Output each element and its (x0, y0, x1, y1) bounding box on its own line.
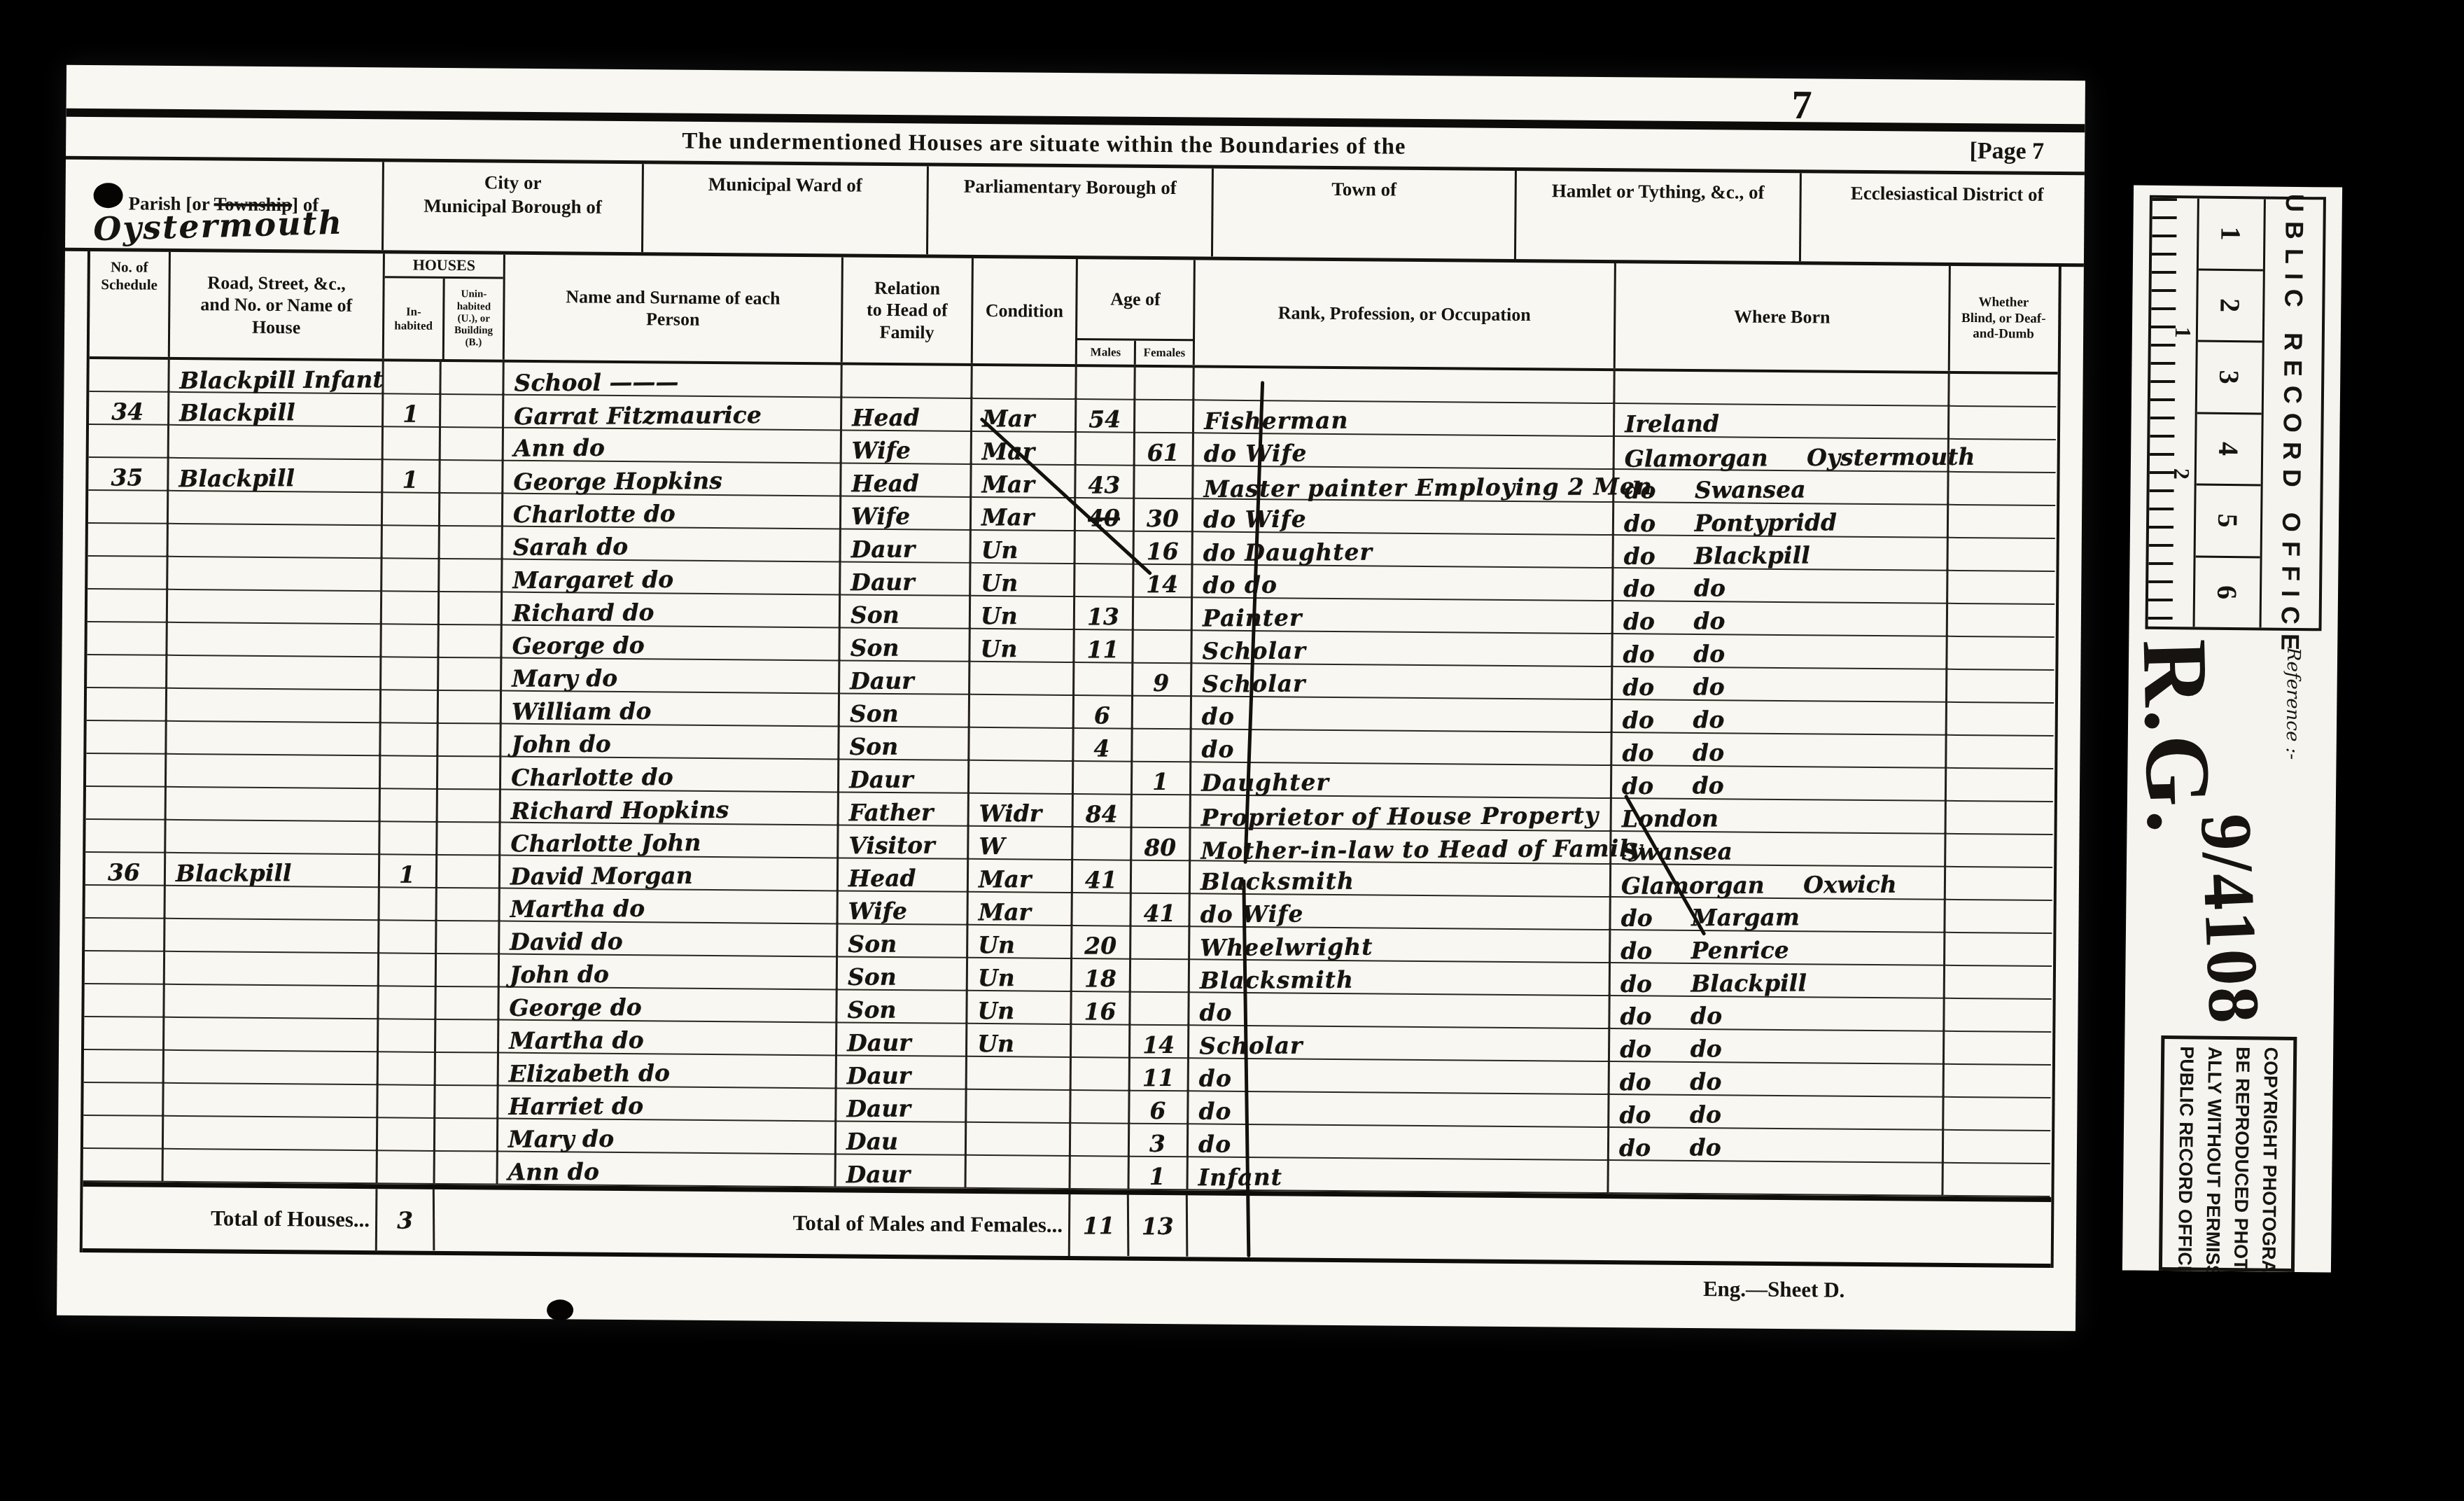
cell-relation (842, 363, 972, 398)
handwritten-value: 1 (402, 468, 418, 491)
cell-name: David Morgan (500, 854, 839, 892)
location-header: Parish [or Township] of Oystermouth City… (65, 160, 2085, 267)
cell-condition (967, 1121, 1071, 1157)
cell-uninhabited (436, 1051, 499, 1087)
cell-schedule (88, 489, 169, 524)
handwritten-value: 30 (1146, 507, 1178, 530)
cell-name: Harriet do (498, 1084, 836, 1122)
cell-road (169, 522, 383, 559)
cell-name: John do (501, 722, 839, 760)
cell-born: do Pontypridd (1614, 501, 1949, 538)
cell-inhabited (380, 820, 437, 856)
cell-occupation: Scholar (1192, 662, 1613, 700)
handwritten-value: 13 (1086, 605, 1119, 628)
census-sheet: 7 The undermentioned Houses are situate … (57, 65, 2085, 1332)
handwritten-value: Martha do (509, 1028, 644, 1052)
handwritten-value: John do (510, 963, 609, 986)
cell-relation: Son (838, 955, 968, 991)
handwritten-value: Daur (847, 1031, 911, 1055)
cell-uninhabited (438, 755, 501, 790)
handwritten-value: 84 (1085, 802, 1117, 825)
cell-name: William do (502, 690, 840, 727)
cell-age_f (1133, 629, 1192, 664)
cell-uninhabited (436, 1018, 499, 1054)
handwritten-value: David do (510, 930, 623, 954)
handwritten-value: Ireland (1625, 412, 1719, 435)
handwritten-value: Son (850, 603, 899, 627)
cell-infirm (1947, 701, 2054, 736)
cell-name: Ann do (498, 1150, 836, 1188)
cell-road (164, 1115, 378, 1151)
cell-infirm (1944, 1129, 2050, 1164)
cell-condition: Widr (969, 792, 1074, 828)
cell-name: David do (500, 920, 838, 958)
handwritten-value: 41 (1143, 902, 1175, 925)
cell-schedule (83, 1147, 164, 1182)
cell-condition (969, 759, 1074, 795)
col-header-uninhabited: Unin- habited (U.), or Building (B.) (444, 279, 503, 360)
cell-infirm (1948, 569, 2054, 605)
cell-name: Ann do (504, 426, 842, 464)
cell-infirm (1945, 997, 2051, 1033)
handwritten-value: 14 (1142, 1033, 1175, 1056)
handwritten-value: do do (1619, 1103, 1721, 1126)
cell-age_f: 1 (1133, 760, 1191, 796)
col-header-relation: Relation to Head of Family (843, 257, 974, 363)
cell-uninhabited (440, 491, 503, 527)
handwritten-value: Daur (847, 1064, 911, 1088)
cell-infirm (1949, 405, 2056, 440)
cell-road: Blackpill (166, 851, 380, 888)
cell-inhabited: 1 (384, 392, 441, 428)
cell-relation: Dau (836, 1119, 967, 1155)
handwritten-value: 6 (1149, 1099, 1165, 1122)
cell-road: Blackpill Infant (169, 358, 384, 394)
cell-infirm (1945, 1063, 2051, 1098)
handwritten-value: do do (1622, 774, 1724, 797)
cell-uninhabited (440, 590, 503, 626)
handwritten-value: 36 (108, 860, 140, 884)
handwritten-value: School ——— (514, 370, 678, 394)
handwritten-value: Ann do (514, 436, 605, 460)
handwritten-value: John do (511, 732, 610, 756)
cell-born: do Blackpill (1611, 961, 1945, 999)
page-number-label: [Page 7 (1969, 138, 2044, 165)
cell-inhabited: 1 (380, 853, 437, 888)
cell-schedule: 35 (88, 456, 169, 491)
cell-relation: Son (837, 988, 967, 1024)
handwritten-value: do do (1623, 609, 1725, 633)
handwritten-value: Blackpill (179, 400, 295, 424)
handwritten-value: Son (848, 965, 897, 989)
cell-inhabited (382, 589, 440, 625)
cell-uninhabited (441, 393, 504, 428)
cell-relation: Daur (837, 1021, 967, 1056)
cell-relation: Son (839, 725, 969, 760)
location-field: Municipal Ward of (643, 164, 929, 254)
handwritten-value: Swansea (1621, 839, 1732, 863)
handwritten-value: Wife (852, 439, 911, 463)
cell-age_m: 6 (1074, 694, 1133, 729)
cell-age_f: 1 (1129, 1155, 1188, 1191)
total-males-value: 11 (1070, 1194, 1130, 1257)
cell-inhabited (379, 1050, 436, 1086)
handwritten-value: Un (978, 966, 1015, 989)
pro-stamp-card: PUBLIC RECORD OFFICE 123456 12 Reference… (2122, 185, 2342, 1272)
col-header-name: Name and Surname of each Person (505, 255, 843, 363)
handwritten-value: 1 (1152, 770, 1168, 793)
col-header-road: Road, Street, &c., and No. or Name of Ho… (170, 252, 385, 358)
cell-uninhabited (437, 853, 500, 889)
cell-uninhabited (437, 821, 500, 856)
handwritten-value: do Blackpill (1624, 543, 1810, 568)
handwritten-value: George do (512, 634, 644, 657)
cell-occupation: Blacksmith (1190, 958, 1611, 996)
handwritten-value: Glamorgan Oystermouth (1625, 445, 1975, 470)
handwritten-value: Charlotte do (513, 502, 675, 526)
handwritten-value: Father (849, 801, 934, 825)
pro-card-rotated-content: PUBLIC RECORD OFFICE 123456 12 Reference… (2122, 185, 2342, 1272)
cell-road (167, 720, 381, 756)
cell-age_f: 30 (1135, 497, 1193, 533)
cell-born: do do (1613, 566, 1948, 604)
cell-infirm (1947, 668, 2054, 704)
cell-road (169, 424, 384, 460)
ink-blot (93, 183, 122, 208)
cell-name: George do (499, 986, 837, 1024)
cell-condition: Mar (972, 496, 1076, 531)
cell-schedule (87, 587, 168, 623)
handwritten-value: Garrat Fitzmaurice (514, 403, 762, 428)
handwritten-value: 18 (1084, 967, 1116, 990)
handwritten-value: 1 (1149, 1165, 1165, 1188)
cell-road (164, 1082, 378, 1118)
handwritten-value: 35 (111, 466, 143, 489)
cell-occupation: Fisherman (1194, 398, 1615, 437)
cell-inhabited (381, 688, 439, 724)
cell-occupation: Infant (1188, 1155, 1609, 1194)
ruler-number: 6 (2195, 557, 2260, 627)
cell-infirm (1946, 832, 2052, 868)
cell-occupation: do Wife (1194, 431, 1615, 470)
handwritten-value: George do (509, 996, 641, 1019)
cell-schedule (85, 818, 166, 853)
cell-born: do do (1610, 1060, 1945, 1098)
cell-age_m (1074, 661, 1133, 697)
cell-uninhabited (440, 459, 503, 494)
handwritten-value: 3 (1149, 1132, 1165, 1155)
cell-age_f: 14 (1130, 1024, 1189, 1059)
cell-schedule (86, 752, 167, 788)
handwritten-value: Mother-in-law to Head of Family (1200, 837, 1643, 863)
cell-age_f (1133, 793, 1191, 829)
cell-condition: Un (970, 627, 1074, 663)
cell-relation: Daur (840, 659, 970, 694)
cell-inhabited (381, 655, 439, 691)
cell-condition: Un (967, 1022, 1072, 1058)
copyright-line: ALLY WITHOUT PERMISSION OF THE (2199, 1047, 2229, 1261)
cell-condition: W (969, 825, 1073, 860)
handwritten-value: Scholar (1199, 1034, 1303, 1058)
handwritten-value: Visitor (848, 834, 935, 858)
handwritten-value: Un (978, 933, 1015, 956)
handwritten-value: Mar (981, 473, 1035, 496)
cell-uninhabited (435, 1084, 498, 1119)
handwritten-value: Richard Hopkins (511, 798, 729, 823)
location-field: Ecclesiastical District of (1801, 173, 2093, 263)
copyright-line: PUBLIC RECORD OFFICE, LONDON (2171, 1046, 2201, 1260)
handwritten-value: Un (977, 1032, 1014, 1055)
handwritten-value: 20 (1084, 934, 1116, 957)
cell-born: do do (1613, 599, 1948, 637)
handwritten-value: Son (847, 998, 896, 1021)
col-header-condition: Condition (973, 258, 1078, 364)
col-header-females: Females (1136, 341, 1193, 365)
location-field: Town of (1213, 169, 1517, 259)
handwritten-value: do Margam (1620, 905, 1799, 930)
cell-born: do do (1610, 994, 1945, 1032)
handwritten-value: 9 (1153, 671, 1169, 694)
handwritten-value: Son (849, 735, 898, 758)
cell-name: Martha do (499, 1019, 837, 1056)
handwritten-value: Un (977, 999, 1014, 1022)
handwritten-value: William do (512, 699, 652, 723)
cell-uninhabited (439, 689, 502, 725)
cell-relation: Visitor (839, 823, 969, 859)
cell-age_f (1131, 925, 1190, 961)
age-group-label: Age of (1077, 259, 1193, 339)
handwritten-value: Charlotte John (510, 831, 701, 856)
cell-occupation: Blacksmith (1191, 859, 1611, 898)
handwritten-value: 16 (1084, 1000, 1116, 1023)
cell-inhabited (378, 1149, 435, 1185)
cell-infirm (1949, 503, 2055, 539)
cell-born: do Blackpill (1613, 533, 1948, 571)
cell-road (165, 917, 379, 954)
cell-schedule (86, 719, 167, 755)
col-header-age-group: Age of Males Females (1077, 259, 1196, 365)
cell-occupation: Daughter (1191, 760, 1612, 799)
location-field: Parliamentary Borough of (928, 166, 1214, 256)
handwritten-value: do Wife (1200, 902, 1303, 926)
inch-number: 1 (2170, 327, 2196, 338)
cell-occupation: do (1189, 1122, 1609, 1161)
cell-inhabited (383, 491, 440, 526)
cell-road (165, 950, 379, 986)
cell-infirm (1945, 964, 2052, 1000)
cell-road (169, 489, 383, 526)
handwritten-value: Sarah do (513, 535, 629, 559)
cell-condition: Mar (968, 891, 1072, 926)
cell-road (167, 654, 381, 690)
ink-blot (547, 1299, 573, 1320)
handwritten-value: George Hopkins (513, 469, 722, 494)
cell-age_f: 61 (1135, 431, 1194, 467)
col-header-males: Males (1077, 340, 1136, 365)
cell-born: do do (1612, 764, 1947, 802)
cell-uninhabited (438, 788, 501, 823)
cell-relation: Son (840, 692, 970, 727)
cell-occupation (1194, 365, 1615, 404)
handwritten-value: Daughter (1201, 771, 1329, 795)
cell-relation: Daur (837, 1054, 967, 1089)
cell-born: do Swansea (1614, 468, 1949, 505)
cell-name: Richard Hopkins (501, 788, 839, 826)
cell-occupation: Mother-in-law to Head of Family (1191, 826, 1611, 865)
cell-age_m (1077, 431, 1135, 466)
cell-relation: Wife (841, 494, 972, 530)
handwritten-value: Scholar (1202, 672, 1305, 696)
cell-relation: Daur (836, 1152, 966, 1188)
cell-age_m: 43 (1076, 463, 1135, 499)
cell-age_f (1133, 727, 1191, 763)
cell-age_m: 13 (1075, 595, 1134, 631)
handwritten-value: do do (1623, 675, 1725, 699)
cell-age_f: 41 (1131, 892, 1190, 928)
handwritten-value: Charlotte do (511, 765, 673, 789)
cell-age_f: 6 (1130, 1089, 1189, 1125)
cell-road: Blackpill (169, 391, 384, 427)
cell-age_m: 84 (1074, 793, 1133, 828)
handwritten-value: Blackpill (176, 861, 292, 885)
cell-name: John do (500, 953, 838, 991)
cell-born: do do (1613, 665, 1947, 703)
cell-condition: Mar (969, 858, 1073, 893)
cell-schedule (88, 522, 169, 557)
cell-age_m (1071, 1089, 1130, 1124)
cell-inhabited (384, 359, 441, 395)
location-field-label: Parliamentary Borough of (964, 176, 1177, 198)
cell-schedule (84, 982, 164, 1018)
cell-road (167, 753, 381, 789)
handwritten-value: do (1202, 705, 1235, 728)
cell-inhabited (381, 721, 438, 757)
cell-road (164, 983, 379, 1019)
cell-condition: Un (968, 956, 1072, 992)
handwritten-value: do Wife (1204, 442, 1308, 466)
handwritten-value: do (1199, 1000, 1232, 1024)
handwritten-value: Daur (846, 1097, 911, 1121)
cell-inhabited (381, 622, 439, 658)
handwritten-value: W (979, 835, 1004, 858)
cell-infirm (1945, 1030, 2051, 1066)
handwritten-value: Blacksmith (1200, 968, 1354, 992)
handwritten-value: Widr (979, 802, 1042, 825)
handwritten-value: 11 (1142, 1066, 1174, 1089)
cell-infirm (1947, 734, 2053, 769)
handwritten-value: Daur (849, 768, 913, 792)
handwritten-value: do do (1623, 708, 1725, 732)
cell-inhabited (381, 754, 438, 790)
handwritten-value: Mar (978, 900, 1031, 923)
handwritten-value: Margaret do (512, 568, 673, 592)
cell-age_m: 11 (1074, 628, 1133, 664)
cell-age_m: 18 (1072, 957, 1131, 993)
handwritten-value: 6 (1094, 704, 1110, 727)
cell-condition: Un (967, 989, 1072, 1025)
col-header-schedule: No. of Schedule (90, 251, 171, 357)
houses-group-label: HOUSES (385, 253, 503, 279)
cell-relation: Head (842, 396, 972, 431)
cell-age_f (1135, 464, 1193, 500)
cell-relation: Wife (838, 889, 968, 925)
cell-uninhabited (441, 360, 504, 396)
col-header-born: Where Born (1616, 263, 1951, 371)
cell-infirm (1945, 931, 2052, 967)
reference-number: 9/4108 (2184, 811, 2276, 1028)
cell-uninhabited (436, 985, 499, 1021)
handwritten-value: Fisherman (1204, 409, 1348, 433)
cell-name: Charlotte do (503, 492, 841, 530)
handwritten-value: 1 (399, 863, 415, 886)
cell-name: George Hopkins (503, 459, 841, 497)
cell-schedule (87, 686, 167, 722)
microfilm-scan: { "page": { "corner_number": "7", "page_… (0, 0, 2464, 1501)
cell-infirm (1948, 536, 2054, 572)
handwritten-value: David Morgan (510, 864, 693, 888)
parish-value-handwritten: Oystermouth (93, 202, 344, 249)
handwritten-value: do Blackpill (1620, 971, 1807, 996)
cell-inhabited (379, 1017, 436, 1053)
cell-born: do do (1610, 1027, 1945, 1065)
cell-born (1615, 369, 1949, 407)
cell-infirm (1943, 1161, 2050, 1197)
cell-inhabited (381, 787, 438, 823)
handwritten-value: do do (1619, 1136, 1721, 1159)
cell-born: Glamorgan Oystermouth (1615, 435, 1949, 473)
handwritten-value: 61 (1147, 441, 1179, 464)
table-body: Blackpill InfantSchool ———34Blackpill1Ga… (83, 359, 2058, 1197)
cell-infirm (1946, 865, 2052, 901)
cell-name: Mary do (498, 1117, 836, 1155)
cell-inhabited (379, 919, 437, 954)
ruler-scale: 123456 (2193, 198, 2266, 627)
cell-road (165, 884, 379, 921)
handwritten-value: Ann do (508, 1160, 599, 1184)
cell-infirm (1947, 635, 2054, 671)
handwritten-value: Mar (979, 867, 1032, 891)
cell-relation: Son (841, 593, 971, 629)
cell-age_m (1072, 891, 1131, 927)
total-houses-label: Total of Houses... (83, 1187, 378, 1250)
cell-occupation: do (1189, 1056, 1610, 1095)
handwritten-value: 43 (1088, 473, 1120, 496)
location-field: City or Municipal Borough of (384, 162, 644, 252)
cell-infirm (1947, 800, 2053, 835)
cell-age_m (1073, 825, 1132, 861)
cell-road (167, 786, 381, 822)
handwritten-value: Head (848, 867, 916, 891)
cell-uninhabited (441, 426, 504, 461)
cell-schedule (89, 423, 169, 459)
col-header-occupation: Rank, Profession, or Occupation (1195, 260, 1616, 368)
location-field-label: Town of (1331, 179, 1396, 200)
cell-relation: Daur (841, 527, 972, 563)
ruler-number: 2 (2198, 270, 2263, 342)
cell-road (164, 1049, 379, 1085)
handwritten-value: Dau (846, 1130, 898, 1153)
cell-occupation: do (1189, 1089, 1609, 1128)
cell-condition (967, 1055, 1072, 1091)
cell-uninhabited (435, 1150, 498, 1185)
total-females-value: 13 (1129, 1195, 1189, 1257)
handwritten-value: do do (1620, 1004, 1722, 1028)
cell-occupation: do (1189, 991, 1610, 1029)
cell-relation: Head (841, 461, 972, 497)
cell-road (164, 1016, 379, 1052)
cell-condition: Un (972, 529, 1076, 564)
cell-born: do do (1612, 731, 1947, 769)
